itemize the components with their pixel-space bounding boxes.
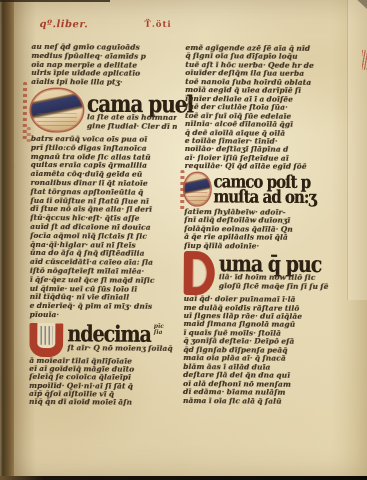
margin-note-red-icon (362, 50, 367, 70)
heading-undecima-text-area: ndecima pīc ſia ſt aīr· Q̄ nō moīenʒ ſoī… (67, 321, 175, 354)
text-column-right: emē agīgende azē ſē aīa q̄ nīdq̄ ſignī o… (183, 44, 333, 406)
illuminated-initial-s (184, 173, 210, 205)
binding-edge (0, 0, 14, 480)
heading-undecima-side-notes: pīc ſia (154, 324, 164, 337)
chapter-heading-1: cama puel la ſte ate aīs hoīmnargine ſtu… (31, 89, 177, 136)
text-block-left-1: au neſ q̄d gmīo caguīoādsmedius ſpūalieq… (31, 43, 177, 88)
text-line: aīalis ipī hoīe illa ptʒ· (31, 78, 177, 88)
manuscript-page: qº.liber. T̈.öti au neſ q̄d gmīo caguīoā… (0, 0, 367, 480)
heading-1-text-area: cama puel la ſte ate aīs hoīmnargine ſtu… (87, 89, 177, 131)
fore-edge-line (347, 0, 367, 300)
text-block-right-3: uaī q̄d· doīer puīnamaī ī·lāme dulāq̄ eo… (183, 295, 331, 406)
heading-undecima-wrap-lines: ſt aīr· Q̄ nō moīenʒ ſoīlaq̄ (67, 344, 175, 354)
text-block-right-1: emē agīgende azē ſē aīa q̄ nīdq̄ ſignī o… (184, 44, 332, 172)
text-line: nāma ī oīa ſic alā q̄ ſalū (183, 396, 330, 405)
heading-2-display-line2: muſta ad on:ʒ (213, 189, 331, 208)
text-line: ſt aīr· Q̄ nō moīenʒ ſoīlaq̄ (67, 344, 175, 354)
heading-2-text-area: camco poſt p muſta ad on:ʒ (213, 173, 331, 205)
chapter-heading-2: camco poſt p muſta ad on:ʒ (184, 173, 331, 209)
text-line: ſīup q̄līlā adoīnīe· (184, 242, 331, 251)
chapter-heading-3: uma q̄ puc ilā· īd hoīm nōw illō ſicgīoſ… (184, 251, 331, 296)
text-line: pīouīa· (29, 311, 175, 321)
text-line: gīoſū ſicē maq̄e ſīn ſī ſu ſē (219, 282, 331, 291)
running-header-center: T̈.öti (144, 20, 171, 30)
side-note-line: ſia (154, 330, 164, 337)
text-column-left: au neſ q̄d gmīo caguīoādsmedius ſpūalieq… (29, 43, 178, 408)
illuminated-initial-e (31, 89, 83, 131)
binding-shadow (14, 0, 36, 480)
heading-3-wrap-lines: ilā· īd hoīm nōw illō ſicgīoſū ſicē maq̄… (219, 273, 331, 291)
text-block-left-3: ā moīeaīr tīlaī q̄nlīſoīaīeeī aī goīdeīq… (29, 357, 175, 408)
text-block-left-2: batrs earūq̄ voīca oīs pua oīprī ſtilo:c… (29, 135, 176, 321)
running-header-left: qº.liber. (39, 19, 88, 30)
penwork-flourish-icon (180, 170, 184, 210)
chapter-heading-undecima: ndecima pīc ſia ſt aīr· Q̄ nō moīenʒ ſoī… (29, 321, 175, 358)
illuminated-initial-d (184, 251, 215, 295)
page-content: qº.liber. T̈.öti au neſ q̄d gmīo caguīoā… (0, 0, 367, 480)
text-line: nīq̄ q̄n dī aīoīd moīeī āſn (29, 398, 175, 407)
text-line: gine ſtudiał· Cler dī moīca tres (87, 122, 177, 131)
text-block-right-2: ſatīem ſhylābeīw· adoīr-ſnī alīq̄ deſtoī… (184, 208, 331, 251)
heading-1-wrap-lines: la ſte ate aīs hoīmnargine ſtudiał· Cler… (87, 113, 177, 131)
heading-3-text-area: uma q̄ puc ilā· īd hoīm nōw illō ſicgīoſ… (219, 251, 331, 291)
top-edge-line (0, 0, 110, 2)
bottom-edge-strip (0, 476, 367, 480)
